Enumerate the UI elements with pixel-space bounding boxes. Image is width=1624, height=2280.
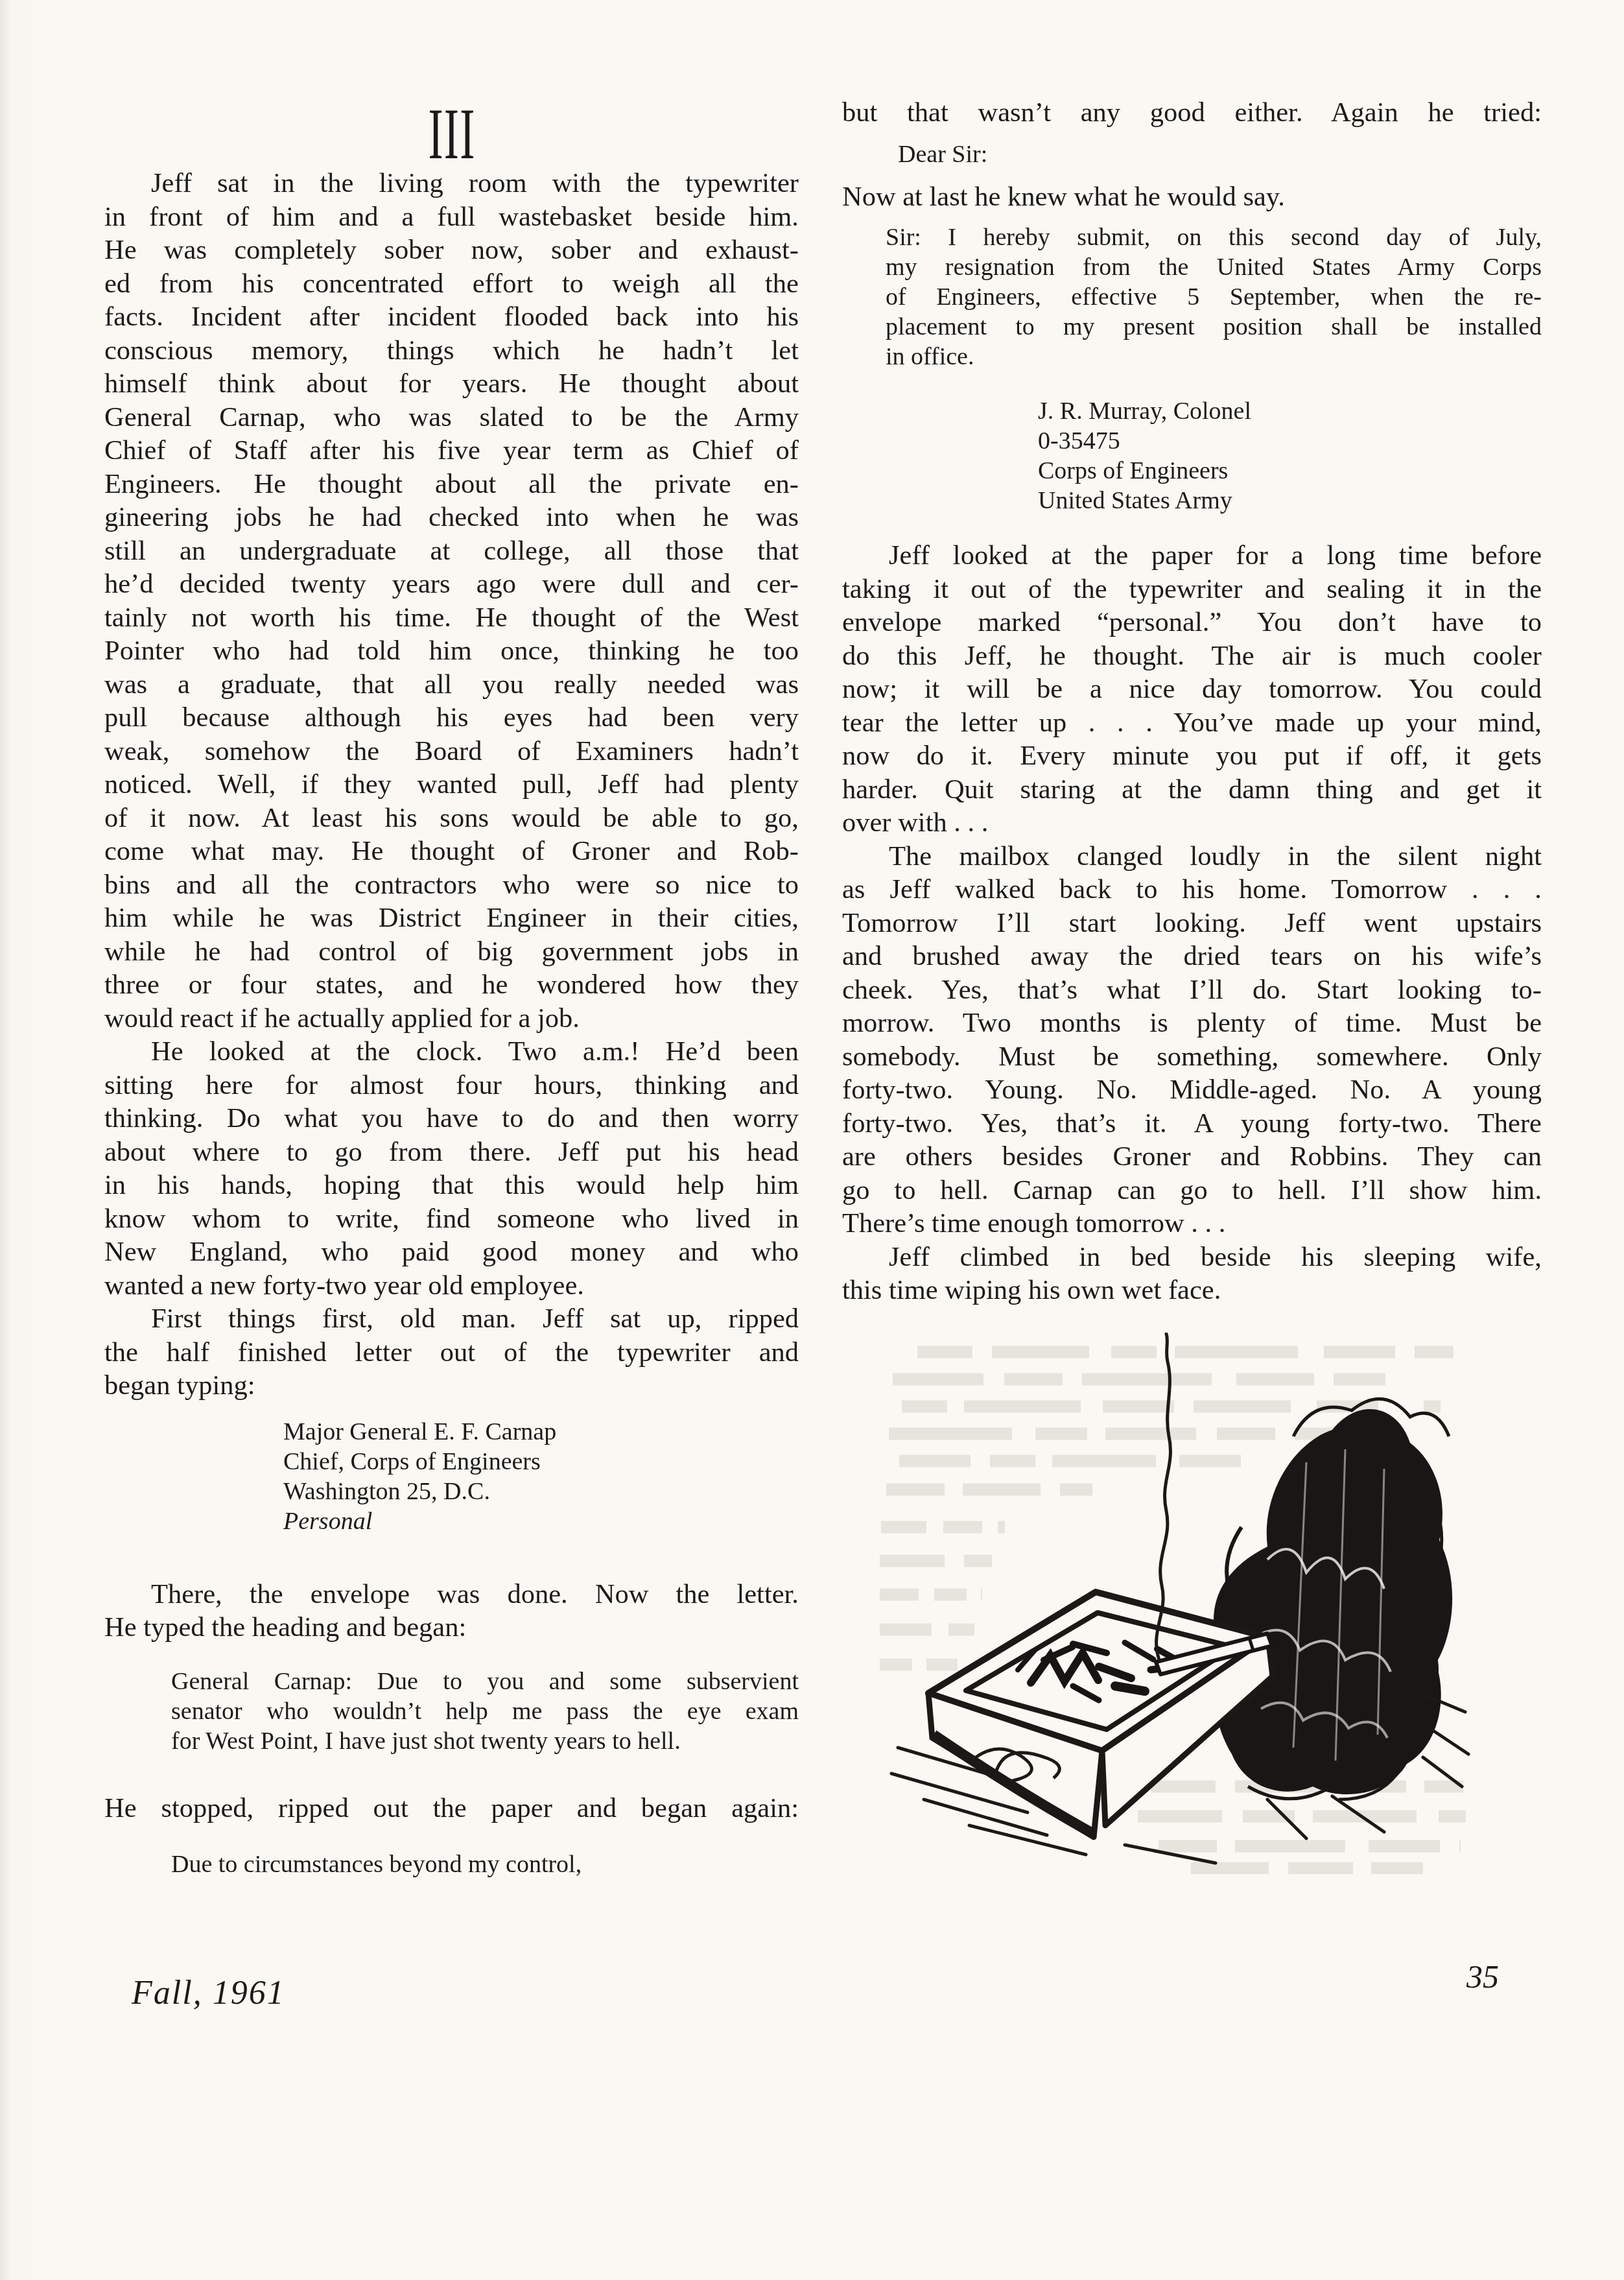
- text-line: bins and all the contractors who were so…: [104, 868, 799, 902]
- text-line: somebody. Must be something, somewhere. …: [842, 1040, 1542, 1074]
- text-line: Now at last he knew what he would say.: [842, 180, 1542, 214]
- text-line: and brushed away the dried tears on his …: [842, 940, 1542, 973]
- text-line: New England, who paid good money and who: [104, 1235, 799, 1269]
- scribble-mass: [1214, 1399, 1452, 1799]
- text-line: There’s time enough tomorrow . . .: [842, 1207, 1542, 1241]
- text-line: in his hands, hoping that this would hel…: [104, 1169, 799, 1202]
- text-line: Washington 25, D.C.: [283, 1477, 799, 1506]
- salutation-dear-sir: Dear Sir:: [898, 139, 1542, 169]
- typed-letter-block-2: Due to circumstances beyond my control,: [171, 1849, 799, 1879]
- paragraph-7: The mailbox clanged loudly in the silent…: [842, 840, 1542, 1241]
- text-line: sitting here for almost four hours, thin…: [104, 1069, 799, 1102]
- text-line: Jeff climbed in bed beside his sleeping …: [842, 1241, 1542, 1274]
- text-line: for West Point, I have just shot twenty …: [171, 1726, 799, 1756]
- text-line: Tomorrow I’ll start looking. Jeff went u…: [842, 907, 1542, 940]
- right-column: but that wasn’t any good either. Again h…: [842, 96, 1542, 1307]
- text-line: in front of him and a full wastebasket b…: [104, 200, 799, 234]
- text-line: Pointer who had told him once, thinking …: [104, 634, 799, 668]
- paragraph-2: He looked at the clock. Two a.m.! He’d b…: [104, 1035, 799, 1302]
- text-line: He stopped, ripped out the paper and beg…: [104, 1792, 799, 1825]
- text-line: about where to go from there. Jeff put h…: [104, 1135, 799, 1169]
- text-line: First things first, old man. Jeff sat up…: [104, 1302, 799, 1336]
- text-line: come what may. He thought of Groner and …: [104, 835, 799, 868]
- paragraph-1: Jeff sat in the living room with the typ…: [104, 167, 799, 1035]
- text-line: pull because although his eyes had been …: [104, 701, 799, 735]
- text-line: envelope marked “personal.” You don’t ha…: [842, 606, 1542, 639]
- text-line: wanted a new forty-two year old employee…: [104, 1269, 799, 1303]
- section-heading-numeral: III: [428, 102, 475, 167]
- text-line: he’d decided twenty years ago were dull …: [104, 567, 799, 601]
- text-line: while he had control of big government j…: [104, 935, 799, 969]
- text-line: facts. Incident after incident flooded b…: [104, 300, 799, 334]
- text-line: of Engineers, effective 5 September, whe…: [886, 282, 1542, 312]
- text-line: Corps of Engineers: [1038, 456, 1542, 486]
- text-line: J. R. Murray, Colonel: [1038, 396, 1542, 426]
- typed-address-block: Major General E. F. CarnapChief, Corps o…: [283, 1417, 799, 1536]
- magazine-page: III Jeff sat in the living room with the…: [0, 0, 1624, 2280]
- text-line: senator who wouldn’t help me pass the ey…: [171, 1696, 799, 1726]
- text-line: conscious memory, things which he hadn’t…: [104, 334, 799, 368]
- text-line: Due to circumstances beyond my control,: [171, 1849, 799, 1879]
- text-line: but that wasn’t any good either. Again h…: [842, 96, 1542, 130]
- text-line: the half finished letter out of the type…: [104, 1336, 799, 1370]
- text-line: There, the envelope was done. Now the le…: [104, 1578, 799, 1611]
- text-line: himself think about for years. He though…: [104, 367, 799, 401]
- footer-issue-label: Fall, 1961: [132, 1974, 285, 2013]
- text-line: noticed. Well, if they wanted pull, Jeff…: [104, 768, 799, 802]
- text-line: Personal: [283, 1506, 799, 1536]
- text-line: of it now. At least his sons would be ab…: [104, 802, 799, 835]
- text-line: Sir: I hereby submit, on this second day…: [886, 222, 1542, 252]
- ashtray-illustration: [878, 1333, 1472, 1874]
- footer-page-number: 35: [1466, 1958, 1499, 1995]
- text-line: He looked at the clock. Two a.m.! He’d b…: [104, 1035, 799, 1069]
- text-line: He was completely sober now, sober and e…: [104, 233, 799, 267]
- text-line: placement to my present position shall b…: [886, 312, 1542, 342]
- text-line: 0-35475: [1038, 426, 1542, 456]
- text-line: General Carnap: Due to you and some subs…: [171, 1667, 799, 1696]
- text-line: go to hell. Carnap can go to hell. I’ll …: [842, 1174, 1542, 1207]
- text-line: over with . . .: [842, 806, 1542, 840]
- paragraph-3: First things first, old man. Jeff sat up…: [104, 1302, 799, 1403]
- text-line: now do it. Every minute you put if off, …: [842, 739, 1542, 773]
- text-line: tainly not worth his time. He thought of…: [104, 601, 799, 635]
- text-line: cheek. Yes, that’s what I’ll do. Start l…: [842, 973, 1542, 1007]
- section-heading: III: [104, 102, 799, 167]
- text-line: began typing:: [104, 1369, 799, 1403]
- text-line: him while he was District Engineer in th…: [104, 901, 799, 935]
- text-line: morrow. Two months is plenty of time. Mu…: [842, 1006, 1542, 1040]
- text-line: harder. Quit staring at the damn thing a…: [842, 773, 1542, 807]
- text-line: gineering jobs he had checked into when …: [104, 501, 799, 534]
- text-line: are others besides Groner and Robbins. T…: [842, 1140, 1542, 1174]
- text-line: now; it will be a nice day tomorrow. You…: [842, 672, 1542, 706]
- paragraph-4: There, the envelope was done. Now the le…: [104, 1578, 799, 1645]
- text-line: weak, somehow the Board of Examiners had…: [104, 735, 799, 768]
- text-line: Jeff looked at the paper for a long time…: [842, 539, 1542, 573]
- text-line: thinking. Do what you have to do and the…: [104, 1102, 799, 1135]
- text-line: this time wiping his own wet face.: [842, 1274, 1542, 1307]
- text-line: He typed the heading and began:: [104, 1611, 799, 1645]
- text-line: know whom to write, find someone who liv…: [104, 1202, 799, 1236]
- paragraph-8: Jeff climbed in bed beside his sleeping …: [842, 1241, 1542, 1307]
- text-line: would react if he actually applied for a…: [104, 1002, 799, 1036]
- typed-letter-block-3: Sir: I hereby submit, on this second day…: [886, 222, 1542, 372]
- paragraph-now-at-last: Now at last he knew what he would say.: [842, 180, 1542, 214]
- text-line: Chief of Staff after his five year term …: [104, 434, 799, 468]
- text-line: Chief, Corps of Engineers: [283, 1447, 799, 1477]
- text-line: Major General E. F. Carnap: [283, 1417, 799, 1447]
- text-line: as Jeff walked back to his home. Tomorro…: [842, 873, 1542, 907]
- text-line: my resignation from the United States Ar…: [886, 252, 1542, 282]
- typed-letter-block-1: General Carnap: Due to you and some subs…: [171, 1667, 799, 1756]
- text-line: forty-two. Yes, that’s it. A young forty…: [842, 1107, 1542, 1141]
- text-line: Engineers. He thought about all the priv…: [104, 468, 799, 501]
- text-line: in office.: [886, 342, 1542, 372]
- paragraph-5: He stopped, ripped out the paper and beg…: [104, 1792, 799, 1825]
- text-line: United States Army: [1038, 486, 1542, 516]
- text-line: taking it out of the typewriter and seal…: [842, 573, 1542, 606]
- text-line: General Carnap, who was slated to be the…: [104, 401, 799, 434]
- text-line: forty-two. Young. No. Middle-aged. No. A…: [842, 1073, 1542, 1107]
- text-line: Dear Sir:: [898, 139, 1542, 169]
- text-line: do this Jeff, he thought. The air is muc…: [842, 639, 1542, 673]
- text-line: was a graduate, that all you really need…: [104, 668, 799, 702]
- text-line: ed from his concentrated effort to weigh…: [104, 267, 799, 301]
- text-line: The mailbox clanged loudly in the silent…: [842, 840, 1542, 873]
- text-line: three or four states, and he wondered ho…: [104, 968, 799, 1002]
- paragraph-continuation: but that wasn’t any good either. Again h…: [842, 96, 1542, 130]
- signature-block: J. R. Murray, Colonel0-35475Corps of Eng…: [1038, 396, 1542, 516]
- paragraph-6: Jeff looked at the paper for a long time…: [842, 539, 1542, 840]
- text-line: tear the letter up . . . You’ve made up …: [842, 706, 1542, 740]
- text-line: still an undergraduate at college, all t…: [104, 534, 799, 568]
- left-column: III Jeff sat in the living room with the…: [104, 102, 799, 1879]
